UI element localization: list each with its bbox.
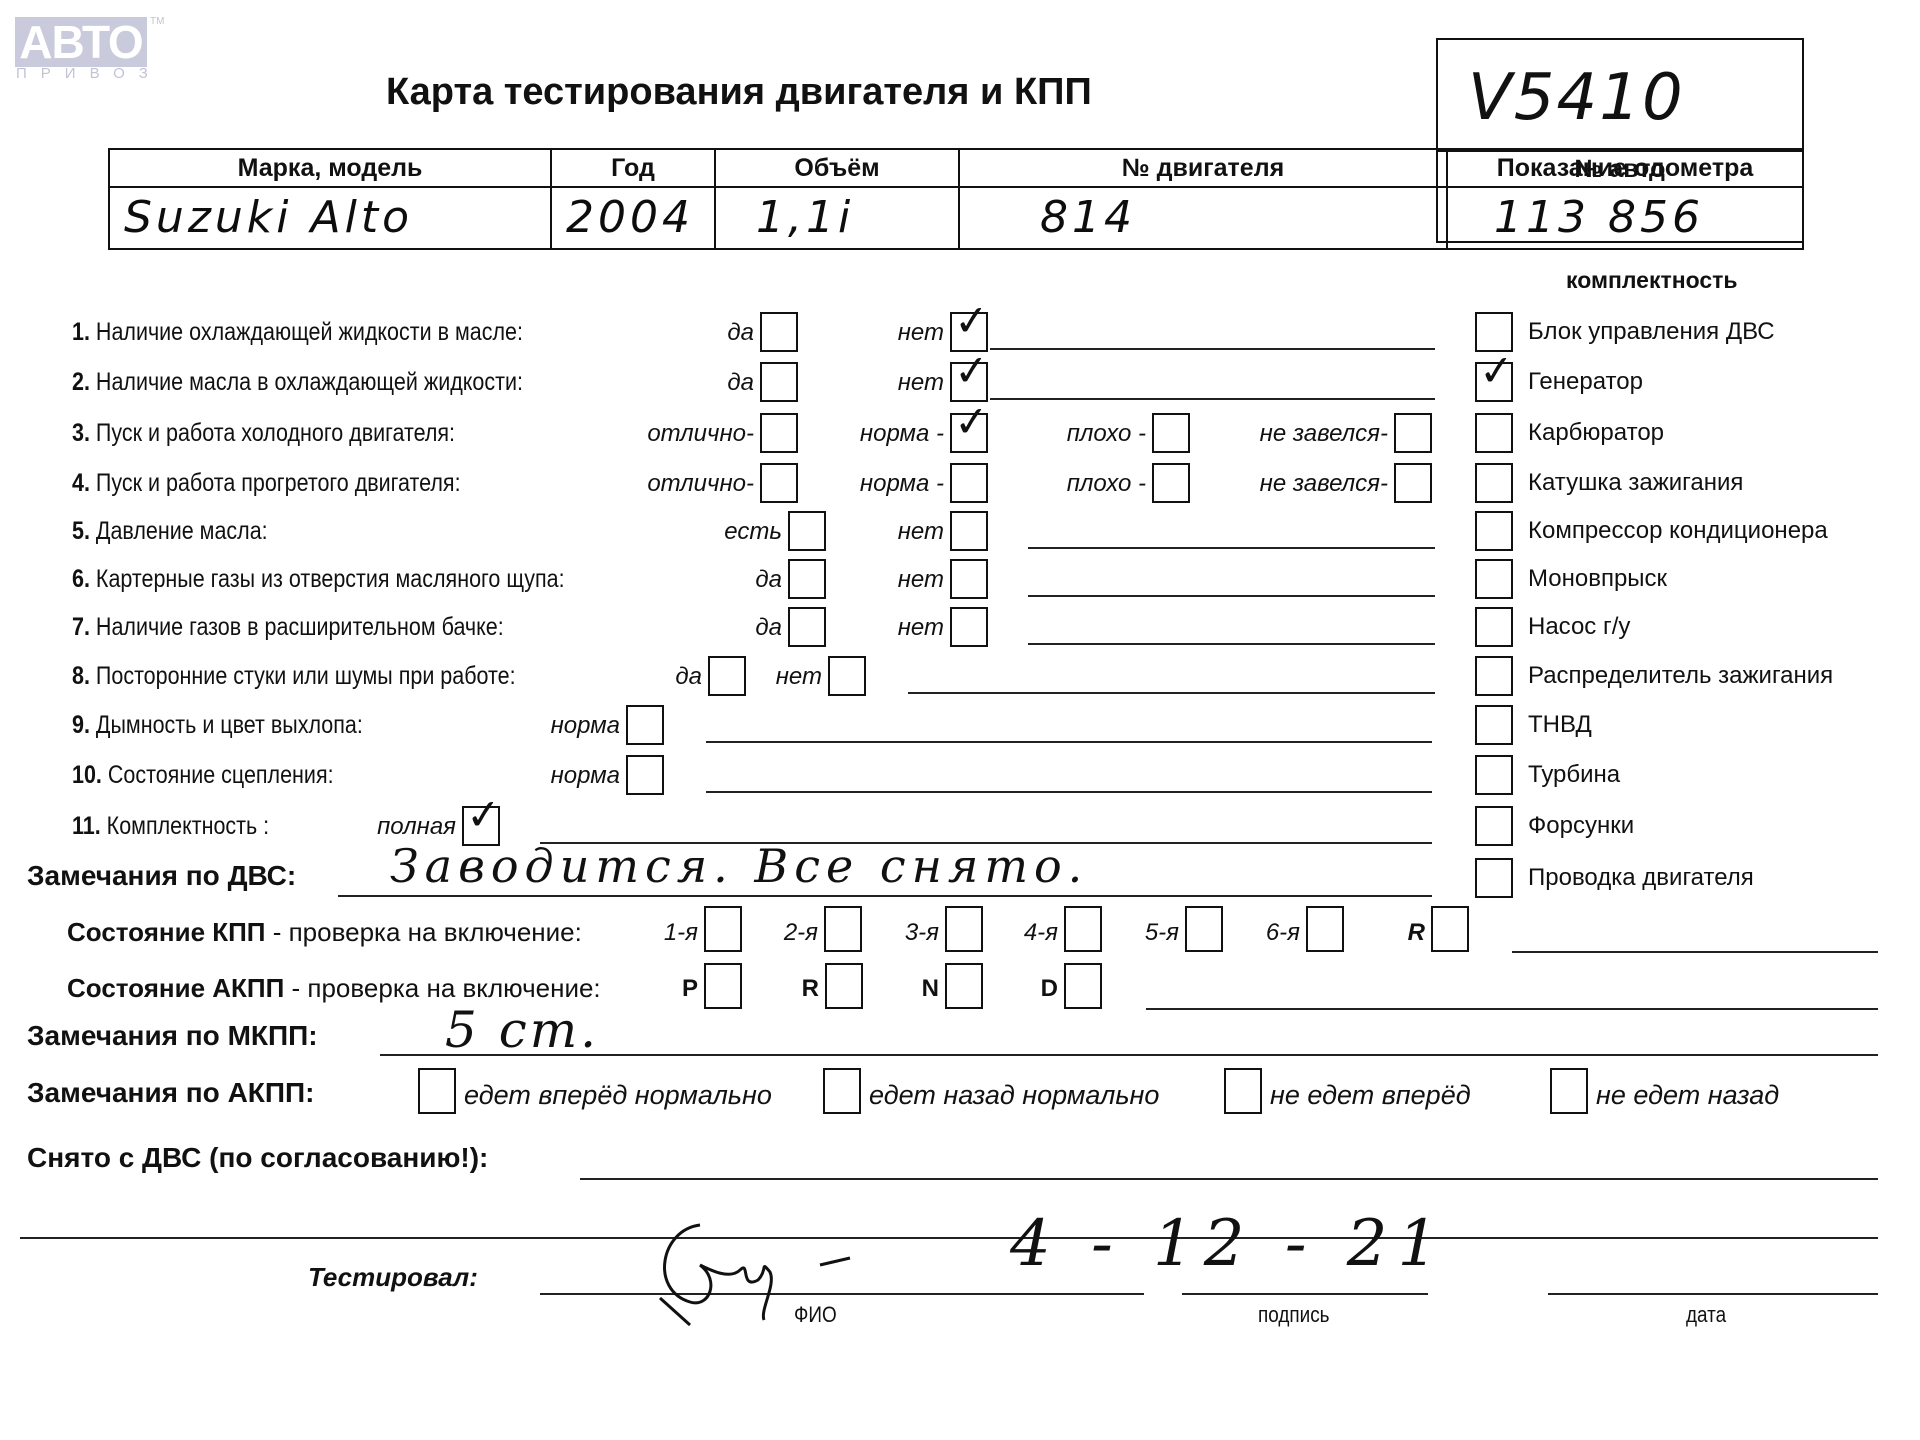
logo: АВТО <box>15 16 147 68</box>
tested-by-label: Тестировал: <box>308 1262 478 1292</box>
dvs-remarks-line <box>338 895 1432 897</box>
komplektnost-checkbox-5[interactable] <box>1475 559 1513 599</box>
signature-scribble-icon <box>640 1210 920 1330</box>
kpp-gear-label: R <box>1389 918 1425 948</box>
akpp-label: Состояние АКПП - проверка на включение: <box>67 973 601 1003</box>
komplektnost-item-label: Проводка двигателя <box>1528 863 1754 893</box>
komplektnost-title: комплектность <box>1566 266 1738 294</box>
check-option-label: плохо - <box>992 469 1146 499</box>
komplektnost-item-label: Компрессор кондиционера <box>1528 516 1828 546</box>
akpp-position-1-checkbox[interactable] <box>825 963 863 1009</box>
komplektnost-item-label: Турбина <box>1528 760 1620 790</box>
komplektnost-item-label: Моновпрыск <box>1528 564 1667 594</box>
check-row-text: Пуск и работа прогретого двигателя: <box>96 469 461 497</box>
check-row-text: Наличие масла в охлаждающей жидкости: <box>96 368 523 396</box>
kpp-gear-0-checkbox[interactable] <box>704 906 742 952</box>
check-option-label: есть <box>628 517 782 547</box>
col-header-engine-number: № двигателя <box>959 149 1447 187</box>
check-option-label: нет <box>668 662 822 692</box>
check-9-option-0-checkbox[interactable] <box>626 705 664 745</box>
date-line[interactable] <box>1548 1293 1878 1295</box>
col-header-volume: Объём <box>715 149 959 187</box>
check-row-label-6: 6. Картерные газы из отверстия масляного… <box>72 564 565 594</box>
logo-trademark: TM <box>150 16 164 27</box>
check-7-option-1-checkbox[interactable] <box>950 607 988 647</box>
akpp-position-0-checkbox[interactable] <box>704 963 742 1009</box>
checkmark-icon: ✓ <box>953 349 991 393</box>
mkpp-remarks-line <box>380 1054 1878 1056</box>
mkpp-remarks-value[interactable]: 5 ст. <box>445 1004 599 1056</box>
check-row-label-4: 4. Пуск и работа прогретого двигателя: <box>72 468 461 498</box>
check-row-label-8: 8. Посторонние стуки или шумы при работе… <box>72 661 516 691</box>
akpp-comment-line[interactable] <box>1146 1008 1878 1010</box>
check-row-comment-line[interactable] <box>706 791 1432 793</box>
akpp-remark-label: не едет назад <box>1596 1080 1779 1110</box>
volume-value[interactable]: 1,1i <box>715 187 959 249</box>
check-option-label: нет <box>790 613 944 643</box>
check-row-text: Наличие газов в расширительном бачке: <box>96 613 504 641</box>
check-row-number: 2. <box>72 368 90 396</box>
akpp-remark-3-checkbox[interactable] <box>1550 1068 1588 1114</box>
check-row-label-7: 7. Наличие газов в расширительном бачке: <box>72 612 504 642</box>
check-row-comment-line[interactable] <box>1028 643 1435 645</box>
akpp-remark-2-checkbox[interactable] <box>1224 1068 1262 1114</box>
check-row-label-11: 11. Комплектность : <box>72 811 269 841</box>
akpp-position-label: P <box>664 974 698 1004</box>
check-row-text: Посторонние стуки или шумы при работе: <box>96 662 516 690</box>
check-row-text: Картерные газы из отверстия масляного щу… <box>96 565 565 593</box>
check-option-label: не завелся- <box>1234 469 1388 499</box>
engine-number-value[interactable]: 814 <box>959 187 1447 249</box>
check-row-number: 4. <box>72 469 90 497</box>
col-header-make-model: Марка, модель <box>109 149 551 187</box>
komplektnost-checkbox-7[interactable] <box>1475 656 1513 696</box>
col-header-odometer: Показание одометра <box>1447 149 1803 187</box>
komplektnost-checkbox-1[interactable]: ✓ <box>1475 362 1513 402</box>
komplektnost-item-label: Генератор <box>1528 367 1643 397</box>
dvs-remarks-label: Замечания по ДВС: <box>27 860 296 892</box>
check-row-text: Давление масла: <box>96 517 268 545</box>
check-option-label: полная <box>302 812 456 842</box>
check-option-label: нет <box>790 565 944 595</box>
check-row-label-9: 9. Дымность и цвет выхлопа: <box>72 710 363 740</box>
kpp-gear-1-checkbox[interactable] <box>824 906 862 952</box>
check-option-label: плохо - <box>992 419 1146 449</box>
handwritten-date[interactable]: 4 - 12 - 21 <box>1010 1218 1448 1270</box>
check-row-number: 5. <box>72 517 90 545</box>
check-row-number: 10. <box>72 761 102 789</box>
mkpp-remarks-label: Замечания по МКПП: <box>27 1020 318 1052</box>
check-option-label: да <box>600 368 754 398</box>
kpp-gear-5-checkbox[interactable] <box>1306 906 1344 952</box>
removed-line[interactable] <box>580 1178 1878 1180</box>
year-value[interactable]: 2004 <box>551 187 715 249</box>
check-row-text: Дымность и цвет выхлопа: <box>96 711 363 739</box>
kpp-gear-label: 3-я <box>883 918 939 948</box>
form-title: Карта тестирования двигателя и КПП <box>386 70 1092 114</box>
check-row-number: 7. <box>72 613 90 641</box>
signature-line[interactable] <box>1182 1293 1428 1295</box>
komplektnost-checkbox-10[interactable] <box>1475 806 1513 846</box>
komplektnost-item-label: ТНВД <box>1528 710 1592 740</box>
komplektnost-checkbox-2[interactable] <box>1475 413 1513 453</box>
kpp-gear-label: 5-я <box>1123 918 1179 948</box>
komplektnost-item-label: Карбюратор <box>1528 418 1664 448</box>
vehicle-info-table: Марка, модель Год Объём № двигателя Пока… <box>108 148 1804 250</box>
check-3-option-1-checkbox[interactable]: ✓ <box>950 413 988 453</box>
check-option-label: норма <box>466 711 620 741</box>
akpp-position-2-checkbox[interactable] <box>945 963 983 1009</box>
kpp-gear-label: 6-я <box>1244 918 1300 948</box>
check-4-option-3-checkbox[interactable] <box>1394 463 1432 503</box>
akpp-remark-label: едет вперёд нормально <box>464 1080 772 1110</box>
check-option-label: норма - <box>790 469 944 499</box>
check-4-option-1-checkbox[interactable] <box>950 463 988 503</box>
check-row-label-10: 10. Состояние сцепления: <box>72 760 334 790</box>
check-option-label: да <box>628 613 782 643</box>
akpp-position-3-checkbox[interactable] <box>1064 963 1102 1009</box>
check-option-label: отлично- <box>600 469 754 499</box>
checkmark-icon: ✓ <box>953 299 991 343</box>
komplektnost-item-label: Блок управления ДВС <box>1528 317 1775 347</box>
check-3-option-2-checkbox[interactable] <box>1152 413 1190 453</box>
check-4-option-2-checkbox[interactable] <box>1152 463 1190 503</box>
komplektnost-item-label: Катушка зажигания <box>1528 468 1743 498</box>
col-header-year: Год <box>551 149 715 187</box>
check-row-comment-line[interactable] <box>990 348 1435 350</box>
akpp-position-label: D <box>1024 974 1058 1004</box>
check-row-text: Наличие охлаждающей жидкости в масле: <box>96 318 523 346</box>
check-option-label: отлично- <box>600 419 754 449</box>
komplektnost-checkbox-11[interactable] <box>1475 858 1513 898</box>
check-option-label: норма - <box>790 419 944 449</box>
removed-line-2[interactable] <box>20 1237 1878 1239</box>
check-row-number: 8. <box>72 662 90 690</box>
akpp-remark-0-checkbox[interactable] <box>418 1068 456 1114</box>
auto-number-value[interactable]: V5410 <box>1438 46 1802 152</box>
kpp-label: Состояние КПП - проверка на включение: <box>67 917 582 947</box>
akpp-remarks-label: Замечания по АКПП: <box>27 1077 314 1109</box>
check-option-label: нет <box>790 318 944 348</box>
check-row-text: Комплектность : <box>107 812 269 840</box>
check-row-label-2: 2. Наличие масла в охлаждающей жидкости: <box>72 367 523 397</box>
signature-caption: подпись <box>1258 1302 1330 1328</box>
checkmark-icon: ✓ <box>1478 349 1516 393</box>
check-option-label: да <box>600 318 754 348</box>
komplektnost-checkbox-9[interactable] <box>1475 755 1513 795</box>
komplektnost-item-label: Распределитель зажигания <box>1528 661 1833 691</box>
komplektnost-item-label: Форсунки <box>1528 811 1634 841</box>
kpp-gear-label: 4-я <box>1002 918 1058 948</box>
kpp-comment-line[interactable] <box>1512 951 1878 953</box>
date-caption: дата <box>1686 1302 1726 1328</box>
check-option-label: норма <box>466 761 620 791</box>
check-row-number: 9. <box>72 711 90 739</box>
komplektnost-item-label: Насос г/у <box>1528 612 1630 642</box>
check-row-label-1: 1. Наличие охлаждающей жидкости в масле: <box>72 317 523 347</box>
check-row-comment-line[interactable] <box>908 692 1435 694</box>
checkmark-icon: ✓ <box>953 400 991 444</box>
check-option-label: да <box>628 565 782 595</box>
akpp-position-label: N <box>905 974 939 1004</box>
check-row-number: 3. <box>72 419 90 447</box>
komplektnost-checkbox-8[interactable] <box>1475 705 1513 745</box>
check-row-label-5: 5. Давление масла: <box>72 516 268 546</box>
komplektnost-checkbox-6[interactable] <box>1475 607 1513 647</box>
kpp-gear-3-checkbox[interactable] <box>1064 906 1102 952</box>
checkmark-icon: ✓ <box>465 793 503 837</box>
akpp-remark-1-checkbox[interactable] <box>823 1068 861 1114</box>
removed-label: Снято с ДВС (по согласованию!): <box>27 1142 488 1174</box>
check-row-comment-line[interactable] <box>1028 595 1435 597</box>
logo-subtitle: ПРИВОЗ <box>16 66 162 82</box>
check-option-label: нет <box>790 368 944 398</box>
check-row-text: Состояние сцепления: <box>108 761 334 789</box>
kpp-gear-2-checkbox[interactable] <box>945 906 983 952</box>
komplektnost-checkbox-3[interactable] <box>1475 463 1513 503</box>
kpp-gear-6-checkbox[interactable] <box>1431 906 1469 952</box>
check-row-number: 11. <box>72 812 101 840</box>
check-10-option-0-checkbox[interactable] <box>626 755 664 795</box>
akpp-position-label: R <box>785 974 819 1004</box>
odometer-value[interactable]: 113 856 <box>1447 187 1803 249</box>
komplektnost-checkbox-4[interactable] <box>1475 511 1513 551</box>
check-6-option-1-checkbox[interactable] <box>950 559 988 599</box>
dvs-remarks-value[interactable]: Заводится. Все снято. <box>390 840 1088 892</box>
kpp-gear-4-checkbox[interactable] <box>1185 906 1223 952</box>
check-5-option-1-checkbox[interactable] <box>950 511 988 551</box>
check-row-comment-line[interactable] <box>990 398 1435 400</box>
akpp-remark-label: едет назад нормально <box>869 1080 1159 1110</box>
check-8-option-1-checkbox[interactable] <box>828 656 866 696</box>
check-row-label-3: 3. Пуск и работа холодного двигателя: <box>72 418 455 448</box>
make-model-value[interactable]: Suzuki Alto <box>109 187 551 249</box>
check-row-comment-line[interactable] <box>1028 547 1435 549</box>
check-3-option-3-checkbox[interactable] <box>1394 413 1432 453</box>
check-row-number: 1. <box>72 318 90 346</box>
check-option-label: нет <box>790 517 944 547</box>
check-row-number: 6. <box>72 565 90 593</box>
kpp-gear-label: 1-я <box>642 918 698 948</box>
check-row-comment-line[interactable] <box>706 741 1432 743</box>
akpp-remark-label: не едет вперёд <box>1270 1080 1471 1110</box>
check-option-label: не завелся- <box>1234 419 1388 449</box>
check-row-text: Пуск и работа холодного двигателя: <box>96 419 455 447</box>
kpp-gear-label: 2-я <box>762 918 818 948</box>
